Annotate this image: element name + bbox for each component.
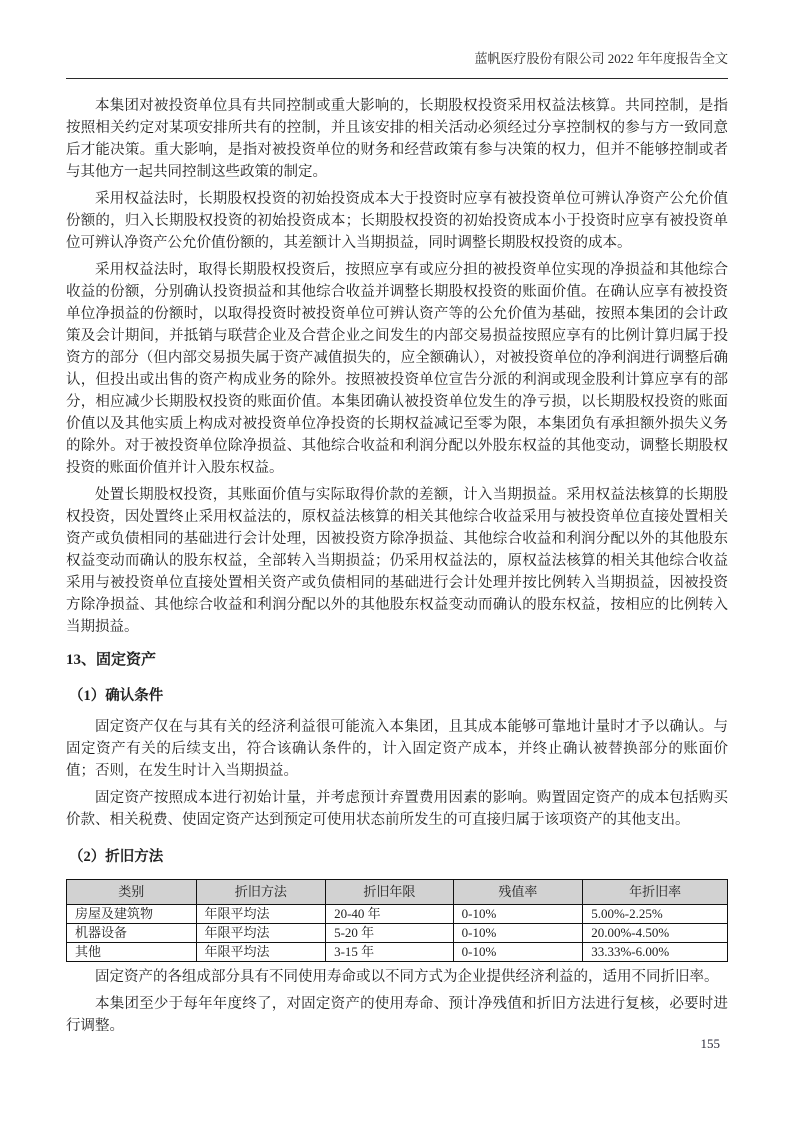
section-heading-fixed-assets: 13、固定资产 [66, 650, 728, 670]
paragraph-recognition-1: 固定资产仅在与其有关的经济利益很可能流入本集团，且其成本能够可靠地计量时才予以确… [66, 716, 728, 782]
report-header: 蓝帆医疗股份有限公司 2022 年年度报告全文 [66, 50, 728, 79]
report-header-title: 蓝帆医疗股份有限公司 2022 年年度报告全文 [474, 51, 728, 66]
cell-annual-rate: 5.00%-2.25% [583, 905, 728, 924]
table-header-useful-life: 折旧年限 [326, 880, 454, 905]
paragraph-equity-method-4: 处置长期股权投资，其账面价值与实际取得价款的差额，计入当期损益。采用权益法核算的… [66, 484, 728, 638]
paragraph-recognition-2: 固定资产按照成本进行初始计量，并考虑预计弃置费用因素的影响。购置固定资产的成本包… [66, 787, 728, 831]
table-row-others: 其他 年限平均法 3-15 年 0-10% 33.33%-6.00% [67, 943, 728, 962]
page-content: 蓝帆医疗股份有限公司 2022 年年度报告全文 本集团对被投资单位具有共同控制或… [66, 50, 728, 1042]
table-row-machinery: 机器设备 年限平均法 5-20 年 0-10% 20.00%-4.50% [67, 924, 728, 943]
cell-category: 其他 [67, 943, 197, 962]
cell-residual-rate: 0-10% [453, 924, 583, 943]
table-header-category: 类别 [67, 880, 197, 905]
paragraph-depreciation-note-1: 固定资产的各组成部分具有不同使用寿命或以不同方式为企业提供经济利益的，适用不同折… [66, 966, 728, 988]
depreciation-table: 类别 折旧方法 折旧年限 残值率 年折旧率 房屋及建筑物 年限平均法 20-40… [66, 879, 728, 962]
paragraph-depreciation-note-2: 本集团至少于每年年度终了，对固定资产的使用寿命、预计净残值和折旧方法进行复核，必… [66, 993, 728, 1037]
table-header-method: 折旧方法 [196, 880, 326, 905]
cell-method: 年限平均法 [196, 943, 326, 962]
cell-residual-rate: 0-10% [453, 905, 583, 924]
subsection-heading-depreciation-method: （2）折旧方法 [66, 847, 728, 867]
paragraph-equity-method-1: 本集团对被投资单位具有共同控制或重大影响的，长期股权投资采用权益法核算。共同控制… [66, 95, 728, 183]
depreciation-table-header-row: 类别 折旧方法 折旧年限 残值率 年折旧率 [67, 880, 728, 905]
cell-method: 年限平均法 [196, 905, 326, 924]
subsection-heading-recognition-criteria: （1）确认条件 [66, 686, 728, 706]
cell-useful-life: 3-15 年 [326, 943, 454, 962]
cell-method: 年限平均法 [196, 924, 326, 943]
paragraph-equity-method-3: 采用权益法时，取得长期股权投资后，按照应享有或应分担的被投资单位实现的净损益和其… [66, 259, 728, 479]
cell-annual-rate: 33.33%-6.00% [583, 943, 728, 962]
cell-category: 机器设备 [67, 924, 197, 943]
document-page: 蓝帆医疗股份有限公司 2022 年年度报告全文 本集团对被投资单位具有共同控制或… [0, 0, 794, 1123]
page-number: 155 [701, 1036, 721, 1052]
table-header-residual-rate: 残值率 [453, 880, 583, 905]
cell-residual-rate: 0-10% [453, 943, 583, 962]
cell-useful-life: 5-20 年 [326, 924, 454, 943]
cell-annual-rate: 20.00%-4.50% [583, 924, 728, 943]
paragraph-equity-method-2: 采用权益法时，长期股权投资的初始投资成本大于投资时应享有被投资单位可辨认净资产公… [66, 188, 728, 254]
table-header-annual-rate: 年折旧率 [583, 880, 728, 905]
table-row-buildings: 房屋及建筑物 年限平均法 20-40 年 0-10% 5.00%-2.25% [67, 905, 728, 924]
cell-category: 房屋及建筑物 [67, 905, 197, 924]
cell-useful-life: 20-40 年 [326, 905, 454, 924]
